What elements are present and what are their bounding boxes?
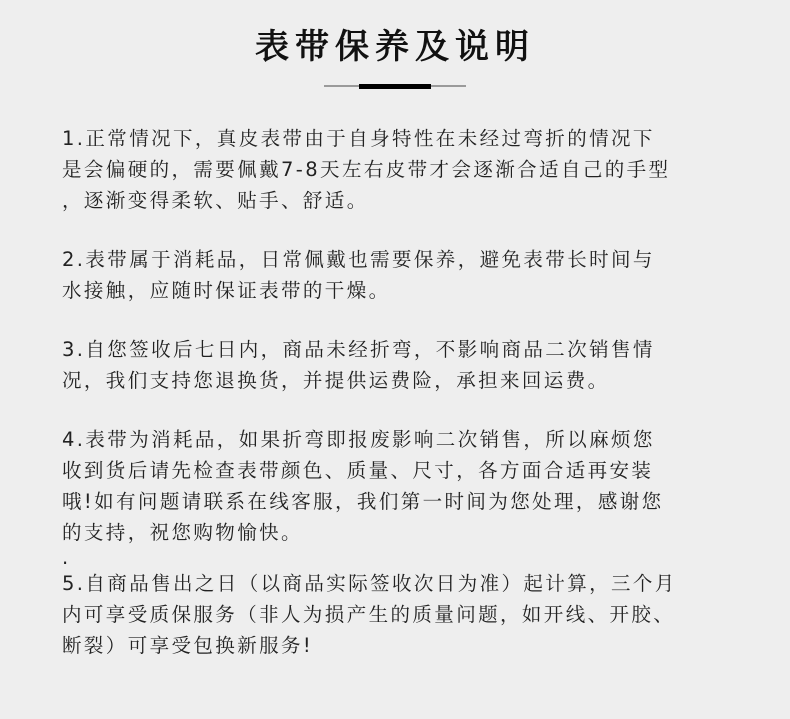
- stray-dot: .: [62, 548, 742, 568]
- spacer: [62, 216, 742, 244]
- title-divider: [324, 84, 466, 89]
- care-instructions: 1.正常情况下，真皮表带由于自身特性在未经过弯折的情况下 是会偏硬的，需要佩戴7…: [62, 123, 742, 661]
- instruction-item-1: 1.正常情况下，真皮表带由于自身特性在未经过弯折的情况下 是会偏硬的，需要佩戴7…: [62, 123, 742, 216]
- instruction-item-5: 5.自商品售出之日（以商品实际签收次日为准）起计算，三个月 内可享受质保服务（非…: [62, 568, 742, 661]
- spacer: [62, 396, 742, 424]
- page-title: 表带保养及说明: [0, 22, 790, 72]
- divider-thick-bar: [359, 84, 431, 89]
- instruction-item-2: 2.表带属于消耗品，日常佩戴也需要保养，避免表带长时间与 水接触，应随时保证表带…: [62, 244, 742, 306]
- spacer: [62, 306, 742, 334]
- instruction-item-3: 3.自您签收后七日内，商品未经折弯，不影响商品二次销售情 况，我们支持您退换货，…: [62, 334, 742, 396]
- instruction-item-4: 4.表带为消耗品，如果折弯即报废影响二次销售，所以麻烦您 收到货后请先检查表带颜…: [62, 424, 742, 548]
